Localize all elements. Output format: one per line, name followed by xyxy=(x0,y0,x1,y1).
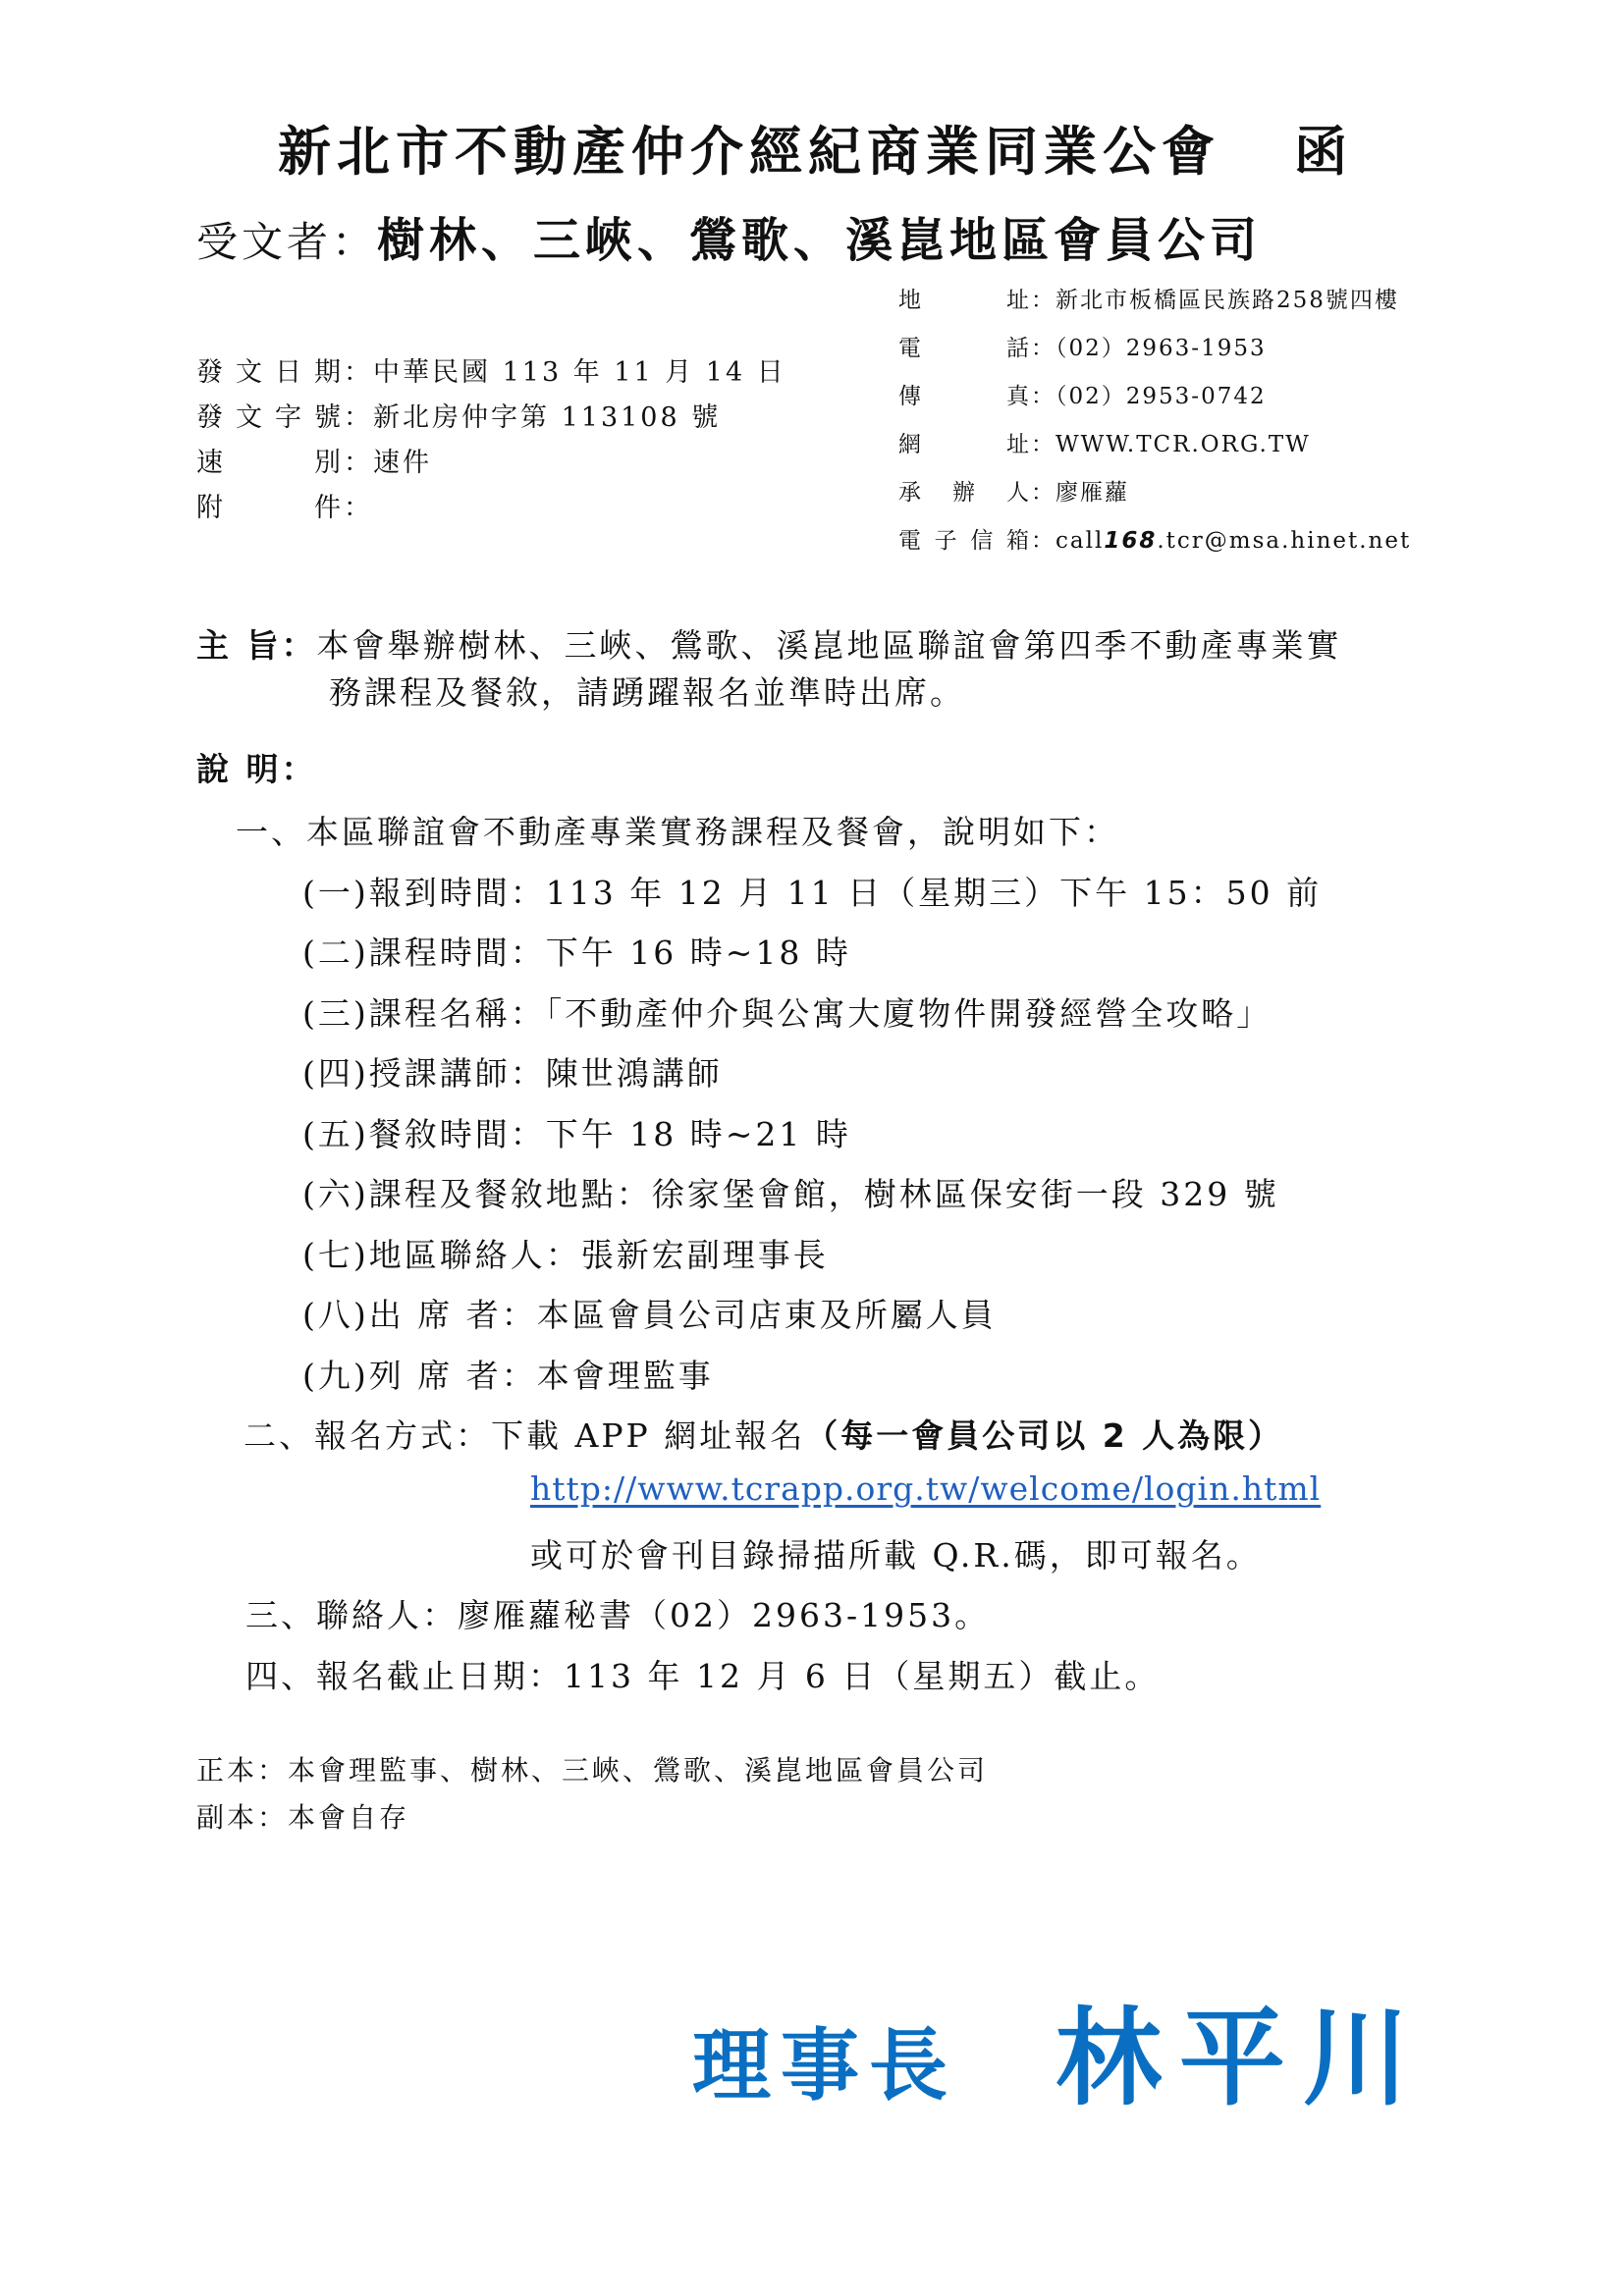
section-1-heading: 一、本區聯誼會不動產專業實務課程及餐會，說明如下： xyxy=(236,807,1119,853)
recipient-row: 受文者：樹林、三峽、鶯歌、溪崑地區會員公司 xyxy=(196,202,1262,270)
document-title: 新北市不動產仲介經紀商業同業公會 xyxy=(278,110,1220,186)
signature-title: 理事長 xyxy=(692,2002,957,2115)
registration-note: 或可於會刊目錄掃描所載 Q.R.碼，即可報名。 xyxy=(530,1530,1262,1576)
registration-limit: （每一會員公司以 2 人為限） xyxy=(805,1416,1283,1455)
meta-date: 發文日期：中華民國 113 年 11 月 14 日 xyxy=(196,350,786,396)
recipient-value: 樹林、三峽、鶯歌、溪崑地區會員公司 xyxy=(377,213,1262,268)
explanation-label: 說 明： xyxy=(196,744,317,790)
section-1-item-9: (九)列 席 者：本會理監事 xyxy=(302,1351,714,1397)
registration-link[interactable]: http://www.tcrapp.org.tw/welcome/login.h… xyxy=(530,1469,1321,1508)
contact-email: 電子信箱：call168.tcr@msa.hinet.net xyxy=(898,517,1411,565)
section-4-deadline: 四、報名截止日期：113 年 12 月 6 日（星期五）截止。 xyxy=(245,1651,1160,1697)
section-2-heading: 二、報名方式：下載 APP 網址報名（每一會員公司以 2 人為限） xyxy=(244,1411,1283,1457)
subject-line-2: 務課程及餐敘，請踴躍報名並準時出席。 xyxy=(329,667,965,714)
section-1-item-5: (五)餐敘時間：下午 18 時~21 時 xyxy=(302,1109,851,1155)
section-1-item-7: (七)地區聯絡人：張新宏副理事長 xyxy=(302,1230,829,1276)
distribution-copy: 副本：本會自存 xyxy=(196,1796,409,1836)
section-1-item-2: (二)課程時間：下午 16 時~18 時 xyxy=(302,928,851,974)
signature-name: 林平川 xyxy=(1056,1973,1427,2125)
meta-urgency: 速別：速件 xyxy=(196,441,786,486)
section-1-item-8: (八)出 席 者：本區會員公司店東及所屬人員 xyxy=(302,1290,997,1336)
section-1-item-3: (三)課程名稱：「不動產仲介與公寓大廈物件開發經營全攻略」 xyxy=(302,988,1272,1035)
contact-block: 地址：新北市板橋區民族路258號四樓 電話：（02）2963-1953 傳真：（… xyxy=(898,277,1411,565)
section-1-item-4: (四)授課講師：陳世鴻講師 xyxy=(302,1048,723,1095)
contact-handler: 承辦人：廖雁蘿 xyxy=(898,469,1411,517)
contact-fax: 傳真：（02）2953-0742 xyxy=(898,373,1411,421)
contact-phone: 電話：（02）2963-1953 xyxy=(898,325,1411,373)
subject-line-1: 主 旨：本會舉辦樹林、三峽、鶯歌、溪崑地區聯誼會第四季不動產專業實 xyxy=(196,620,1342,667)
contact-address: 地址：新北市板橋區民族路258號四樓 xyxy=(898,277,1411,325)
section-3-contact: 三、聯絡人：廖雁蘿秘書（02）2963-1953。 xyxy=(245,1590,990,1636)
document-type: 函 xyxy=(1294,110,1353,186)
meta-attachment: 附件： xyxy=(196,486,786,531)
distribution-original: 正本：本會理監事、樹林、三峽、鶯歌、溪崑地區會員公司 xyxy=(196,1749,988,1789)
meta-doc-number: 發文字號：新北房仲字第 113108 號 xyxy=(196,396,786,441)
meta-block: 發文日期：中華民國 113 年 11 月 14 日 發文字號：新北房仲字第 11… xyxy=(196,350,786,531)
subject-label: 主 旨： xyxy=(196,626,317,665)
section-1-item-1: (一)報到時間：113 年 12 月 11 日（星期三）下午 15：50 前 xyxy=(302,868,1322,914)
association-name: 新北市不動產仲介經紀商業同業公會 xyxy=(278,121,1220,183)
section-1-item-6: (六)課程及餐敘地點：徐家堡會館，樹林區保安街一段 329 號 xyxy=(302,1169,1279,1215)
email-address[interactable]: call168.tcr@msa.hinet.net xyxy=(1056,528,1411,554)
contact-website: 網址：WWW.TCR.ORG.TW xyxy=(898,421,1411,469)
recipient-label: 受文者： xyxy=(196,218,377,266)
